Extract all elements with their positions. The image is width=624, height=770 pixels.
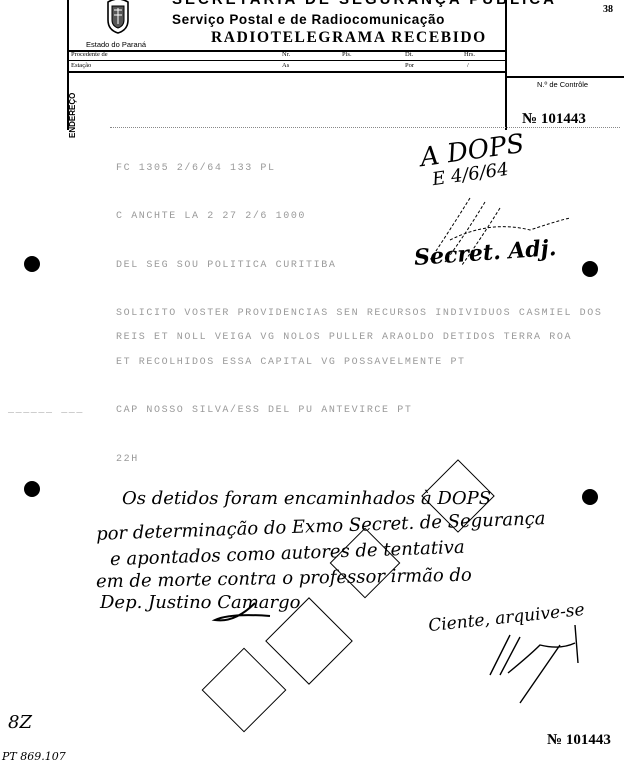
- control-label: N.º de Contrôle: [537, 80, 588, 89]
- field-as: As: [282, 62, 289, 69]
- state-label: Estado do Paraná: [86, 40, 146, 49]
- punch-hole: [24, 256, 40, 272]
- telegram-line: FC 1305 2/6/64 133 PL: [116, 163, 276, 174]
- control-number-top: № 101443: [522, 111, 586, 128]
- endereco-label-box: ENDEREÇO: [68, 86, 80, 138]
- field-dt: Dt.: [405, 51, 413, 58]
- control-rule: [507, 76, 624, 78]
- field-procedencia: Procedente de: [71, 51, 108, 58]
- field-slash: /: [467, 62, 469, 69]
- telegram-line: C ANCHTE LA 2 27 2/6 1000: [116, 211, 306, 222]
- service-name: Serviço Postal e de Radiocomunicação: [172, 12, 445, 27]
- handwritten-line: em de morte contra o professor irmão do: [96, 565, 472, 593]
- punch-hole: [582, 489, 598, 505]
- telegram-line: 22H: [116, 454, 139, 465]
- telegram-line: DEL SEG SOU POLITICA CURITIBA: [116, 260, 336, 271]
- form-rule-2: [67, 60, 507, 61]
- field-pls: Pls.: [342, 51, 352, 58]
- telegram-line: REIS ET NOLL VEIGA VG NOLOS PULLER ARAOL…: [116, 332, 572, 343]
- underline-flourish-icon: [205, 598, 275, 628]
- org-name: SECRETARIA DE SEGURANÇA PÚBLICA: [172, 0, 557, 8]
- initials-mark: 8Z: [8, 712, 32, 733]
- field-por: Por: [405, 62, 414, 69]
- form-rule-3: [67, 71, 507, 73]
- field-hrs: Hrs.: [464, 51, 475, 58]
- handwritten-line: por determinação do Exmo Secret. de Segu…: [96, 508, 546, 545]
- telegram-line: ET RECOLHIDOS ESSA CAPITAL VG POSSAVELME…: [116, 357, 466, 368]
- document-title: RADIOTELEGRAMA RECEBIDO: [211, 29, 487, 47]
- field-nr: Nr.: [282, 51, 290, 58]
- punch-hole: [582, 261, 598, 277]
- stamp-outline: [202, 648, 287, 733]
- coat-of-arms-icon: [104, 0, 132, 34]
- telegram-line: SOLICITO VOSTER PROVIDENCIAS SEN RECURSO…: [116, 308, 602, 319]
- form-right-border: [505, 0, 507, 130]
- endereco-label: ENDEREÇO: [68, 93, 77, 138]
- page-number: 38: [603, 4, 613, 15]
- archive-reference: PT 869.107: [2, 750, 66, 763]
- field-estacao: Estação: [71, 62, 91, 69]
- control-number-bottom: № 101443: [547, 732, 611, 749]
- signature-bottom-icon: [480, 615, 590, 705]
- punch-hole: [24, 481, 40, 497]
- margin-mark: ______ ___: [8, 405, 84, 416]
- telegram-line: CAP NOSSO SILVA/ESS DEL PU ANTEVIRCE PT: [116, 405, 412, 416]
